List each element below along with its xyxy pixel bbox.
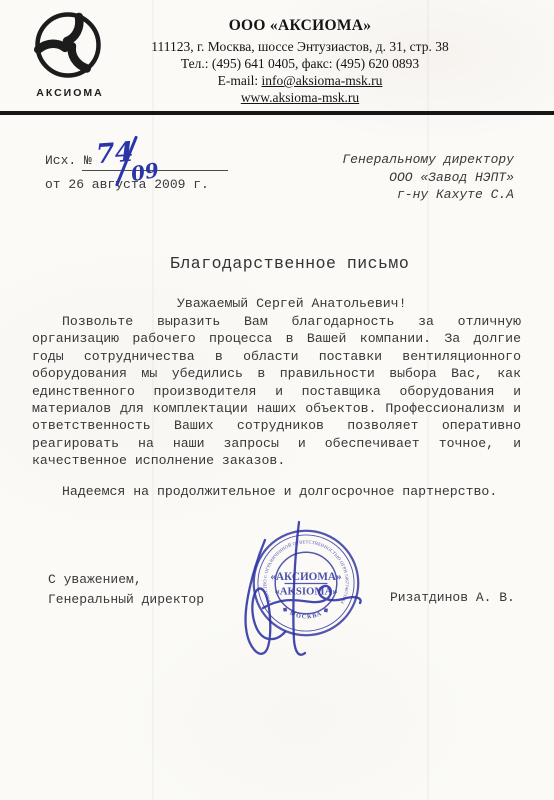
email-line: E-mail: info@aksioma-msk.ru	[80, 72, 520, 89]
handwritten-number-bottom: 09	[129, 158, 161, 186]
website-line: www.aksioma-msk.ru	[80, 89, 520, 106]
signer-name: Ризатдинов А. В.	[390, 590, 515, 605]
website-address: www.aksioma-msk.ru	[241, 90, 359, 105]
email-address: info@aksioma-msk.ru	[262, 73, 383, 88]
salutation: Уважаемый Сергей Анатольевич!	[177, 295, 521, 312]
recipient-block: Генеральному директору ООО «Завод НЭПТ» …	[342, 151, 514, 204]
signoff-position: Генеральный директор	[48, 590, 204, 610]
recipient-person: г-ну Кахуте С.А	[342, 186, 514, 204]
letter-body: Уважаемый Сергей Анатольевич! Позвольте …	[32, 295, 521, 500]
recipient-company: ООО «Завод НЭПТ»	[342, 169, 514, 187]
signature-icon	[233, 512, 383, 672]
recipient-title: Генеральному директору	[342, 151, 514, 169]
email-label: E-mail:	[218, 73, 259, 88]
company-phones: Тел.: (495) 641 0405, факс: (495) 620 08…	[80, 55, 520, 72]
letter-date: от 26 августа 2009 г.	[45, 177, 209, 192]
scanned-letter-page: АКСИОМА ООО «АКСИОМА» 111123, г. Москва,…	[0, 0, 554, 800]
company-name: ООО «АКСИОМА»	[80, 17, 520, 35]
letter-title: Благодарственное письмо	[170, 254, 409, 273]
closing-paragraph: Надеемся на продолжительное и долгосрочн…	[32, 483, 521, 500]
signoff-block: С уважением, Генеральный директор	[48, 570, 204, 609]
letterhead: ООО «АКСИОМА» 111123, г. Москва, шоссе Э…	[80, 17, 520, 106]
header-divider	[0, 111, 554, 115]
body-paragraph: Позвольте выразить Вам благодарность за …	[32, 313, 521, 470]
signoff-regards: С уважением,	[48, 570, 204, 590]
handwritten-signature	[233, 512, 383, 677]
company-address: 111123, г. Москва, шоссе Энтузиастов, д.…	[80, 38, 520, 55]
